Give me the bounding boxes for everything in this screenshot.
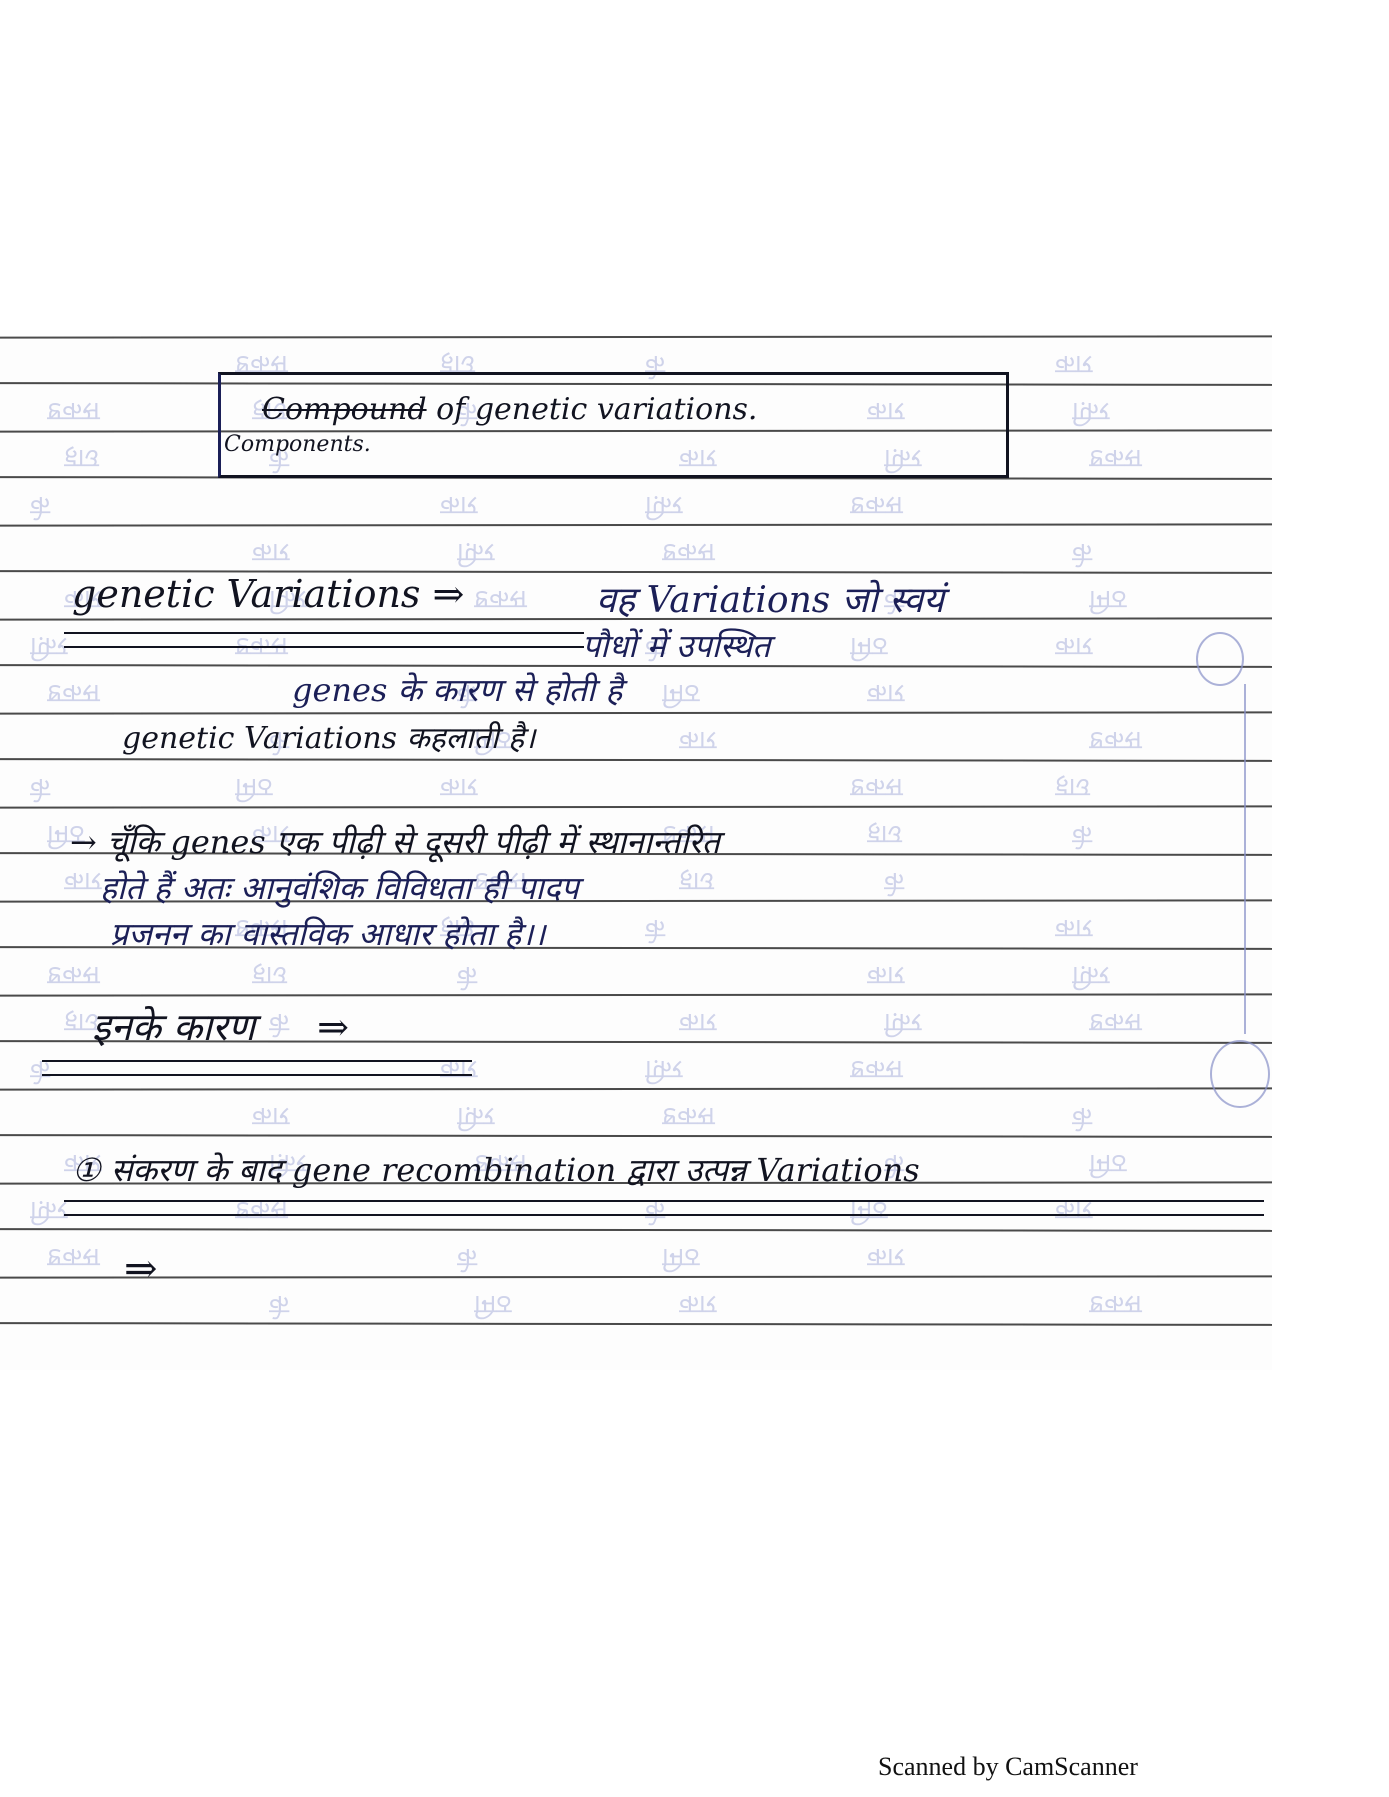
bleed-through-mark: मिठ	[1089, 1147, 1126, 1183]
double-underline	[64, 632, 584, 648]
definition-line-2: पौधों में उपस्थित	[582, 624, 770, 667]
margin-arrow-icon	[1244, 684, 1246, 1034]
bleed-through-mark: ष्टकस	[474, 583, 527, 619]
definition-term: genetic Variations ⇒	[72, 572, 464, 616]
bleed-through-mark: फ़िर	[1072, 395, 1109, 431]
list-item: ① संकरण के बाद gene recombination द्वारा…	[72, 1148, 920, 1191]
bleed-through-mark: कार	[1055, 348, 1092, 384]
bleed-through-mark: के	[457, 959, 477, 995]
bleed-through-mark: फ़िर	[457, 536, 494, 572]
bleed-through-mark: कार	[440, 489, 477, 525]
bleed-through-mark: ष्टकस	[850, 1053, 903, 1089]
definition-line-4: genetic Variations कहलाती है।	[122, 716, 535, 757]
bleed-through-mark: ष्टकस	[47, 677, 100, 713]
bleed-through-mark: हाउ	[1055, 771, 1090, 807]
bleed-through-mark: के	[884, 865, 904, 901]
causes-heading: इनके कारण ⇒	[92, 1000, 349, 1052]
ruled-line	[0, 711, 1272, 714]
watermark: Scanned by CamScanner	[878, 1752, 1138, 1782]
note-line-3: प्रजनन का वास्तविक आधार होता है।।	[110, 912, 545, 955]
bleed-through-mark: के	[30, 771, 50, 807]
heading-rest: of genetic variations.	[436, 392, 757, 427]
bleed-through-mark: ष्टकस	[1089, 1006, 1142, 1042]
bleed-through-mark: के	[645, 912, 665, 948]
bleed-through-mark: कार	[867, 677, 904, 713]
arrow-icon: ⇒	[317, 1005, 349, 1049]
bleed-through-mark: कार	[867, 1241, 904, 1277]
bleed-through-mark: फ़िर	[30, 1194, 67, 1230]
list-text: संकरण के बाद gene recombination द्वारा उ…	[111, 1151, 920, 1189]
ruled-line	[0, 1322, 1272, 1326]
note-line-2: होते हैं अतः आनुवंशिक विविधता ही पादप	[100, 866, 579, 909]
ruled-line	[0, 758, 1272, 762]
bleed-through-mark: ष्टकस	[1089, 724, 1142, 760]
bleed-through-mark: ष्टकस	[662, 1100, 715, 1136]
bleed-through-mark: कार	[1055, 912, 1092, 948]
heading-correction: Components.	[224, 432, 371, 457]
n-circle-annotation-icon	[1210, 1040, 1270, 1108]
definition-line-1: वह Variations जो स्वयं	[596, 574, 944, 623]
bleed-through-mark: ष्टकस	[47, 395, 100, 431]
bleed-through-mark: कार	[252, 1100, 289, 1136]
circle-annotation-icon	[1196, 632, 1244, 686]
double-underline	[64, 1200, 1264, 1216]
bleed-through-mark: कार	[679, 724, 716, 760]
bleed-through-mark: ष्टकस	[1089, 1288, 1142, 1324]
bleed-through-mark: ष्टकस	[850, 489, 903, 525]
arrow-icon: →	[70, 823, 97, 861]
bleed-through-mark: कार	[440, 771, 477, 807]
trailing-arrow-icon: ⇒	[124, 1246, 158, 1292]
bleed-through-mark: फ़िर	[30, 630, 67, 666]
bleed-through-mark: कार	[1055, 630, 1092, 666]
bleed-through-mark: हाउ	[252, 959, 287, 995]
bleed-through-mark: मिठ	[662, 1241, 699, 1277]
bleed-through-mark: कार	[867, 959, 904, 995]
bleed-through-mark: ष्टकस	[47, 1241, 100, 1277]
bleed-through-mark: मिठ	[474, 1288, 511, 1324]
bleed-through-mark: के	[1072, 536, 1092, 572]
bleed-through-mark: ष्टकस	[47, 959, 100, 995]
bleed-through-mark: मिठ	[1089, 583, 1126, 619]
bleed-through-mark: फ़िर	[884, 1006, 921, 1042]
bleed-through-mark: हाउ	[679, 865, 714, 901]
list-number: ①	[72, 1151, 101, 1189]
definition-line-3: genes के कारण से होती है	[292, 668, 622, 711]
bleed-through-mark: कार	[252, 536, 289, 572]
bleed-through-mark: ष्टकस	[662, 536, 715, 572]
bleed-through-mark: फ़िर	[645, 489, 682, 525]
bleed-through-mark: के	[457, 1241, 477, 1277]
arrow-icon: ⇒	[433, 572, 465, 616]
ruled-line	[0, 1275, 1272, 1278]
bleed-through-mark: ष्टकस	[1089, 442, 1142, 478]
bleed-through-mark: फ़िर	[457, 1100, 494, 1136]
bleed-through-mark: के	[1072, 1100, 1092, 1136]
bleed-through-mark: के	[30, 489, 50, 525]
ruled-line	[0, 335, 1272, 338]
ruled-line	[0, 1087, 1272, 1090]
bleed-through-mark: कार	[679, 1288, 716, 1324]
double-underline	[42, 1060, 472, 1076]
note-line-1: → चूँकि genes एक पीढ़ी से दूसरी पीढ़ी मे…	[70, 820, 720, 863]
bleed-through-mark: मिठ	[662, 677, 699, 713]
bleed-through-mark: कार	[64, 865, 101, 901]
bleed-through-mark: फ़िर	[645, 1053, 682, 1089]
bleed-through-mark: हाउ	[64, 442, 99, 478]
bleed-through-mark: हाउ	[867, 818, 902, 854]
heading-struck-word: Compound	[262, 392, 427, 427]
bleed-through-mark: कार	[679, 1006, 716, 1042]
bleed-through-mark: मिठ	[235, 771, 272, 807]
heading: Compound of genetic variations.	[262, 392, 757, 427]
bleed-through-mark: के	[1072, 818, 1092, 854]
ruled-line	[0, 523, 1272, 526]
bleed-through-mark: मिठ	[850, 630, 887, 666]
bleed-through-mark: के	[269, 1288, 289, 1324]
bleed-through-mark: फ़िर	[1072, 959, 1109, 995]
bleed-through-mark: ष्टकस	[850, 771, 903, 807]
